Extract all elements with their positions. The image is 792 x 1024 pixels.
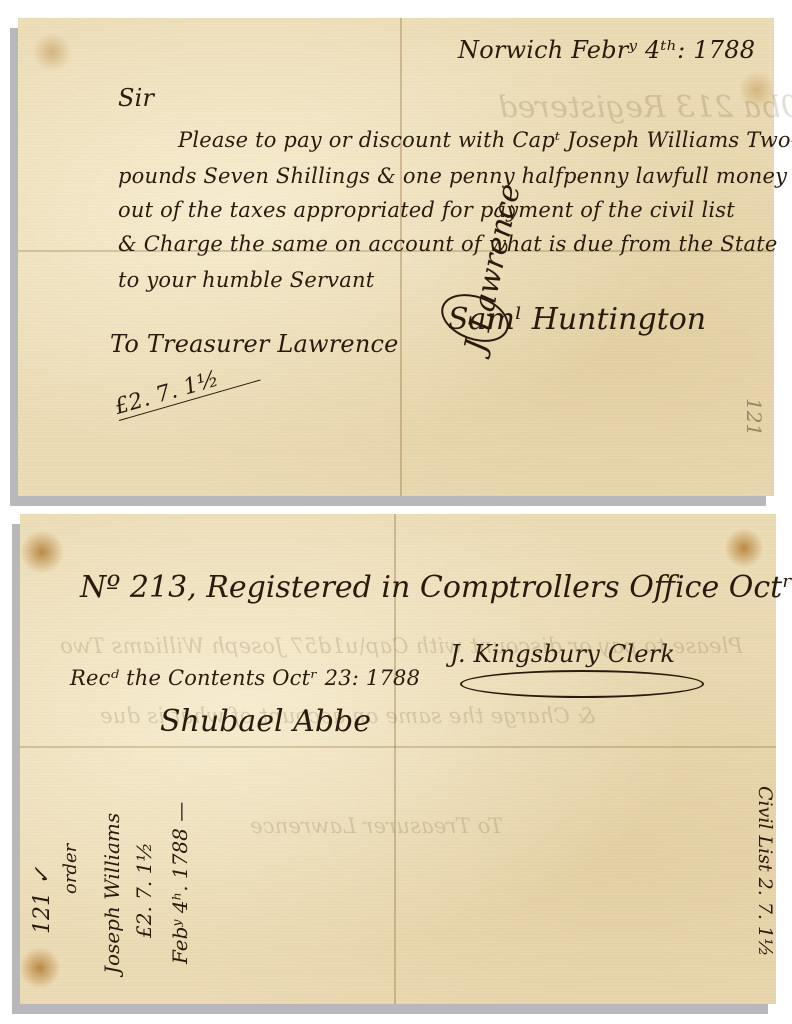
document-back: Please to pay or discount with Cap\u1d57… bbox=[20, 514, 776, 1004]
bleed-through-text: To Treasurer Lawrence bbox=[250, 814, 503, 838]
margin-note: 121 bbox=[742, 398, 766, 436]
stain bbox=[20, 946, 60, 990]
amount: £2. 7. 1½ bbox=[112, 355, 261, 421]
dateline: Norwich Febrʸ 4ᵗʰ: 1788 bbox=[458, 36, 755, 64]
docket-number: 121 ✓ bbox=[30, 867, 55, 934]
docket-order: order bbox=[60, 844, 81, 894]
fold-line-horizontal bbox=[20, 746, 776, 748]
document-front: N\u00ba 213 Registered Norwich Febrʸ 4ᵗʰ… bbox=[18, 18, 774, 496]
receipt-signature: Shubael Abbe bbox=[160, 704, 371, 739]
clerk-flourish bbox=[460, 670, 704, 698]
docket-date: Febʸ 4ʰ. 1788 — bbox=[168, 802, 192, 964]
stain bbox=[724, 528, 764, 568]
salutation: Sir bbox=[118, 84, 154, 112]
receipt-line: Recᵈ the Contents Octʳ 23: 1788 bbox=[70, 666, 420, 690]
addressee: To Treasurer Lawrence bbox=[110, 330, 399, 358]
docket-payee: Joseph Williams bbox=[100, 813, 124, 974]
register-line: Nº 213, Registered in Comptrollers Offic… bbox=[80, 570, 792, 605]
docket-civil-list: Civil List 2. 7. 1½ bbox=[754, 786, 776, 957]
body-line-3: out of the taxes appropriated for paymen… bbox=[118, 198, 735, 222]
bleed-through-text: N\u00ba 213 Registered bbox=[498, 90, 792, 125]
body-line-4: & Charge the same on account of what is … bbox=[118, 232, 778, 256]
fold-line-vertical bbox=[400, 18, 402, 496]
body-line-5: to your humble Servant bbox=[118, 268, 374, 292]
stain bbox=[32, 32, 72, 72]
signature-huntington: Samˡ Huntington bbox=[448, 302, 706, 337]
body-line-2: pounds Seven Shillings & one penny halfp… bbox=[118, 164, 787, 188]
docket-amount: £2. 7. 1½ bbox=[132, 842, 156, 938]
clerk-signature: J. Kingsbury Clerk bbox=[450, 640, 675, 668]
stain bbox=[20, 530, 64, 574]
body-line-1: Please to pay or discount with Capᵗ Jose… bbox=[178, 128, 792, 152]
